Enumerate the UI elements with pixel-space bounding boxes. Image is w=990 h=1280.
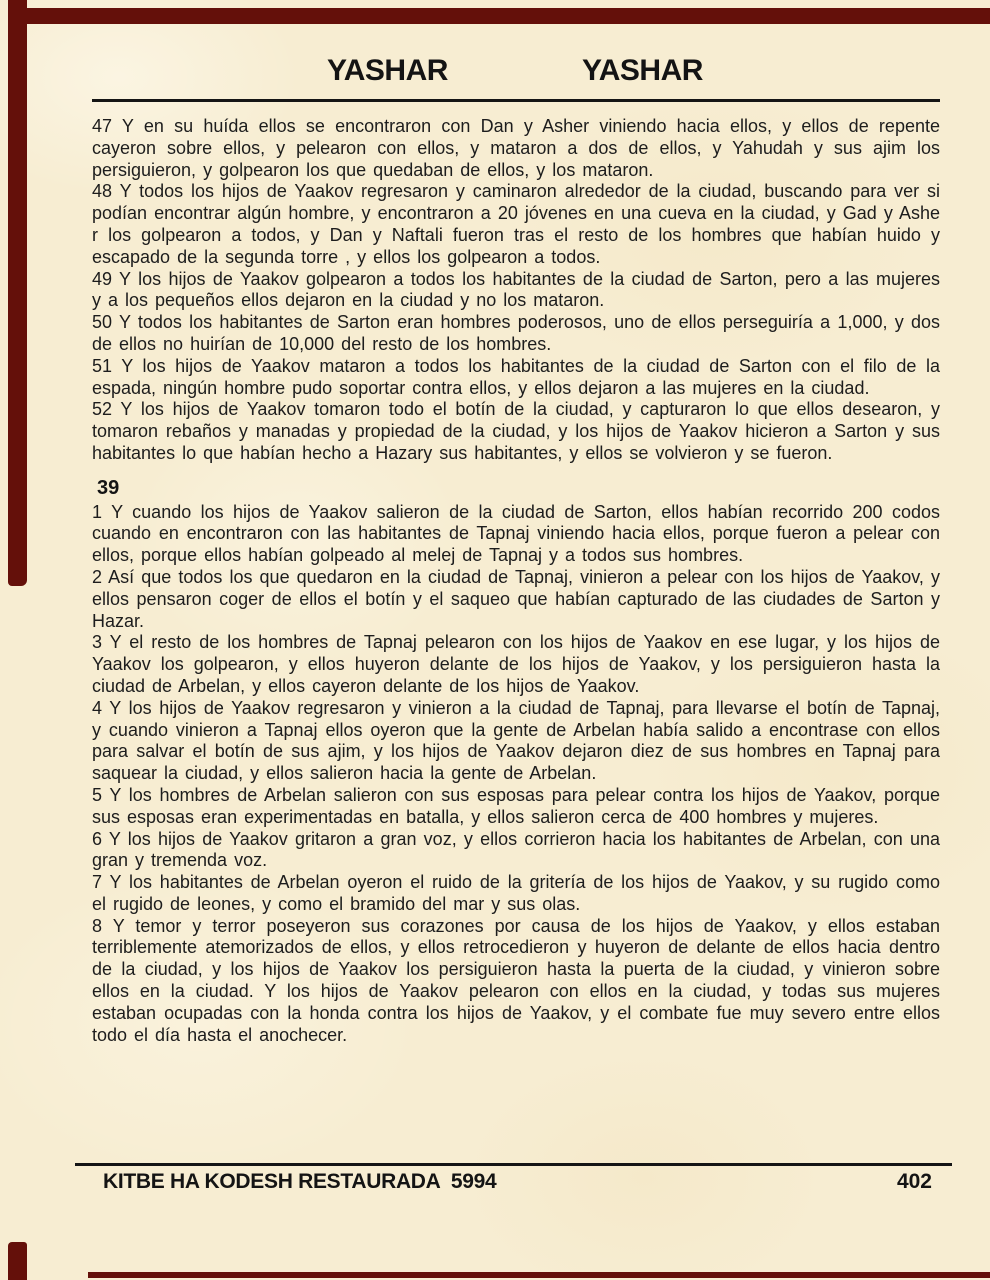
footer-book-title: KITBE HA KODESH RESTAURADA 5994 — [75, 1170, 496, 1194]
page-edge-bottom — [88, 1272, 990, 1278]
page-body: 47 Y en su huída ellos se encontraron co… — [92, 116, 940, 1046]
page-footer: KITBE HA KODESH RESTAURADA 5994 402 — [75, 1170, 952, 1194]
footer-rule — [75, 1163, 952, 1166]
verse-49: 49 Y los hijos de Yaakov golpearon a tod… — [92, 269, 940, 313]
verse-1: 1 Y cuando los hijos de Yaakov salieron … — [92, 502, 940, 567]
footer-page-number: 402 — [897, 1170, 952, 1194]
verse-47: 47 Y en su huída ellos se encontraron co… — [92, 116, 940, 181]
verse-4: 4 Y los hijos de Yaakov regresaron y vin… — [92, 698, 940, 785]
verse-8: 8 Y temor y terror poseyeron sus corazon… — [92, 916, 940, 1047]
header-title-left: YASHAR — [327, 54, 448, 88]
chapter-heading: 39 — [92, 478, 940, 500]
verse-7: 7 Y los habitantes de Arbelan oyeron el … — [92, 872, 940, 916]
page-edge-bottom-left — [8, 1242, 27, 1280]
verse-2: 2 Así que todos los que quedaron en la c… — [92, 567, 940, 632]
running-header: YASHAR YASHAR — [0, 54, 990, 94]
page-edge-top — [8, 8, 990, 24]
header-rule — [92, 99, 940, 102]
verse-48: 48 Y todos los hijos de Yaakov regresaro… — [92, 181, 940, 268]
verse-5: 5 Y los hombres de Arbelan salieron con … — [92, 785, 940, 829]
header-title-right: YASHAR — [582, 54, 703, 88]
verse-6: 6 Y los hijos de Yaakov gritaron a gran … — [92, 829, 940, 873]
verse-3: 3 Y el resto de los hombres de Tapnaj pe… — [92, 632, 940, 697]
verse-52: 52 Y los hijos de Yaakov tomaron todo el… — [92, 399, 940, 464]
verse-50: 50 Y todos los habitantes de Sarton eran… — [92, 312, 940, 356]
verse-51: 51 Y los hijos de Yaakov mataron a todos… — [92, 356, 940, 400]
